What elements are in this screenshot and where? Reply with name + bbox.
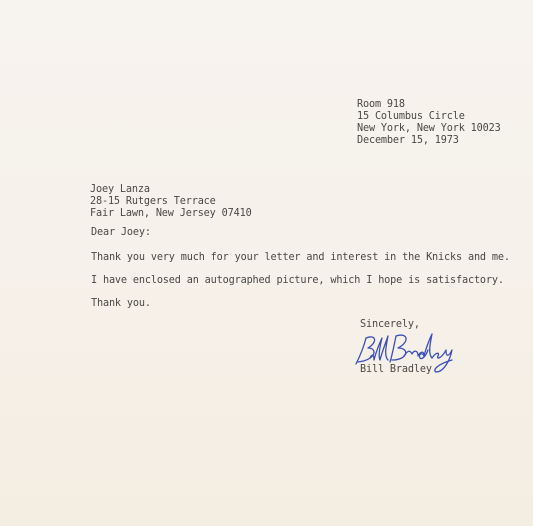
sender-room: Room 918 bbox=[357, 99, 501, 111]
body-paragraph: Thank you very much for your letter and … bbox=[91, 252, 510, 264]
body-paragraph: I have enclosed an autographed picture, … bbox=[91, 275, 504, 287]
recipient-street: 28-15 Rutgers Terrace bbox=[90, 196, 252, 208]
recipient-city: Fair Lawn, New Jersey 07410 bbox=[90, 208, 252, 220]
recipient-name: Joey Lanza bbox=[90, 184, 252, 196]
sender-city: New York, New York 10023 bbox=[357, 123, 501, 135]
recipient-address-block: Joey Lanza 28-15 Rutgers Terrace Fair La… bbox=[90, 184, 252, 220]
salutation: Dear Joey: bbox=[91, 227, 151, 239]
letter-page: Room 918 15 Columbus Circle New York, Ne… bbox=[0, 0, 533, 526]
sender-street: 15 Columbus Circle bbox=[357, 111, 501, 123]
sender-address-block: Room 918 15 Columbus Circle New York, Ne… bbox=[357, 99, 501, 147]
letter-date: December 15, 1973 bbox=[357, 135, 501, 147]
body-paragraph: Thank you. bbox=[91, 298, 151, 310]
signer-name: Bill Bradley bbox=[360, 364, 432, 376]
